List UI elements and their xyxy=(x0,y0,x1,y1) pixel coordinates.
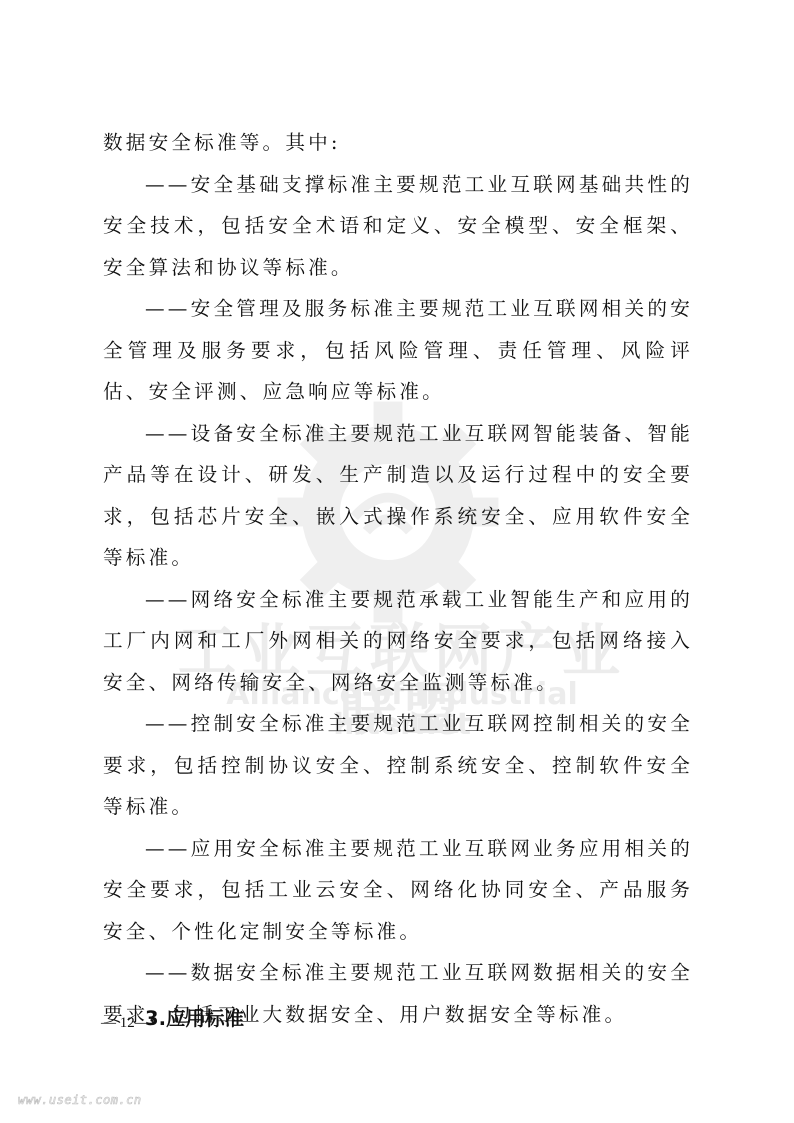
document-body: 数据安全标准等。其中: ——安全基础支撑标准主要规范工业互联网基础共性的安全技术… xyxy=(103,122,693,1035)
paragraph-device-security: ——设备安全标准主要规范工业互联网智能装备、智能产品等在设计、研发、生产制造以及… xyxy=(103,413,693,579)
site-watermark: www.useit.com.cn xyxy=(18,1093,142,1107)
paragraph-security-foundation: ——安全基础支撑标准主要规范工业互联网基础共性的安全技术，包括安全术语和定义、安… xyxy=(103,164,693,289)
paragraph-security-management: ——安全管理及服务标准主要规范工业互联网相关的安全管理及服务要求，包括风险管理、… xyxy=(103,288,693,413)
page-number: — 12— xyxy=(101,1015,150,1032)
paragraph-network-security: ——网络安全标准主要规范承载工业智能生产和应用的工厂内网和工厂外网相关的网络安全… xyxy=(103,579,693,704)
paragraph-intro: 数据安全标准等。其中: xyxy=(103,122,693,164)
paragraph-control-security: ——控制安全标准主要规范工业互联网控制相关的安全要求，包括控制协议安全、控制系统… xyxy=(103,703,693,828)
paragraph-application-security: ——应用安全标准主要规范工业互联网业务应用相关的安全要求，包括工业云安全、网络化… xyxy=(103,828,693,953)
section-heading: 3.应用标准 xyxy=(145,1003,244,1031)
